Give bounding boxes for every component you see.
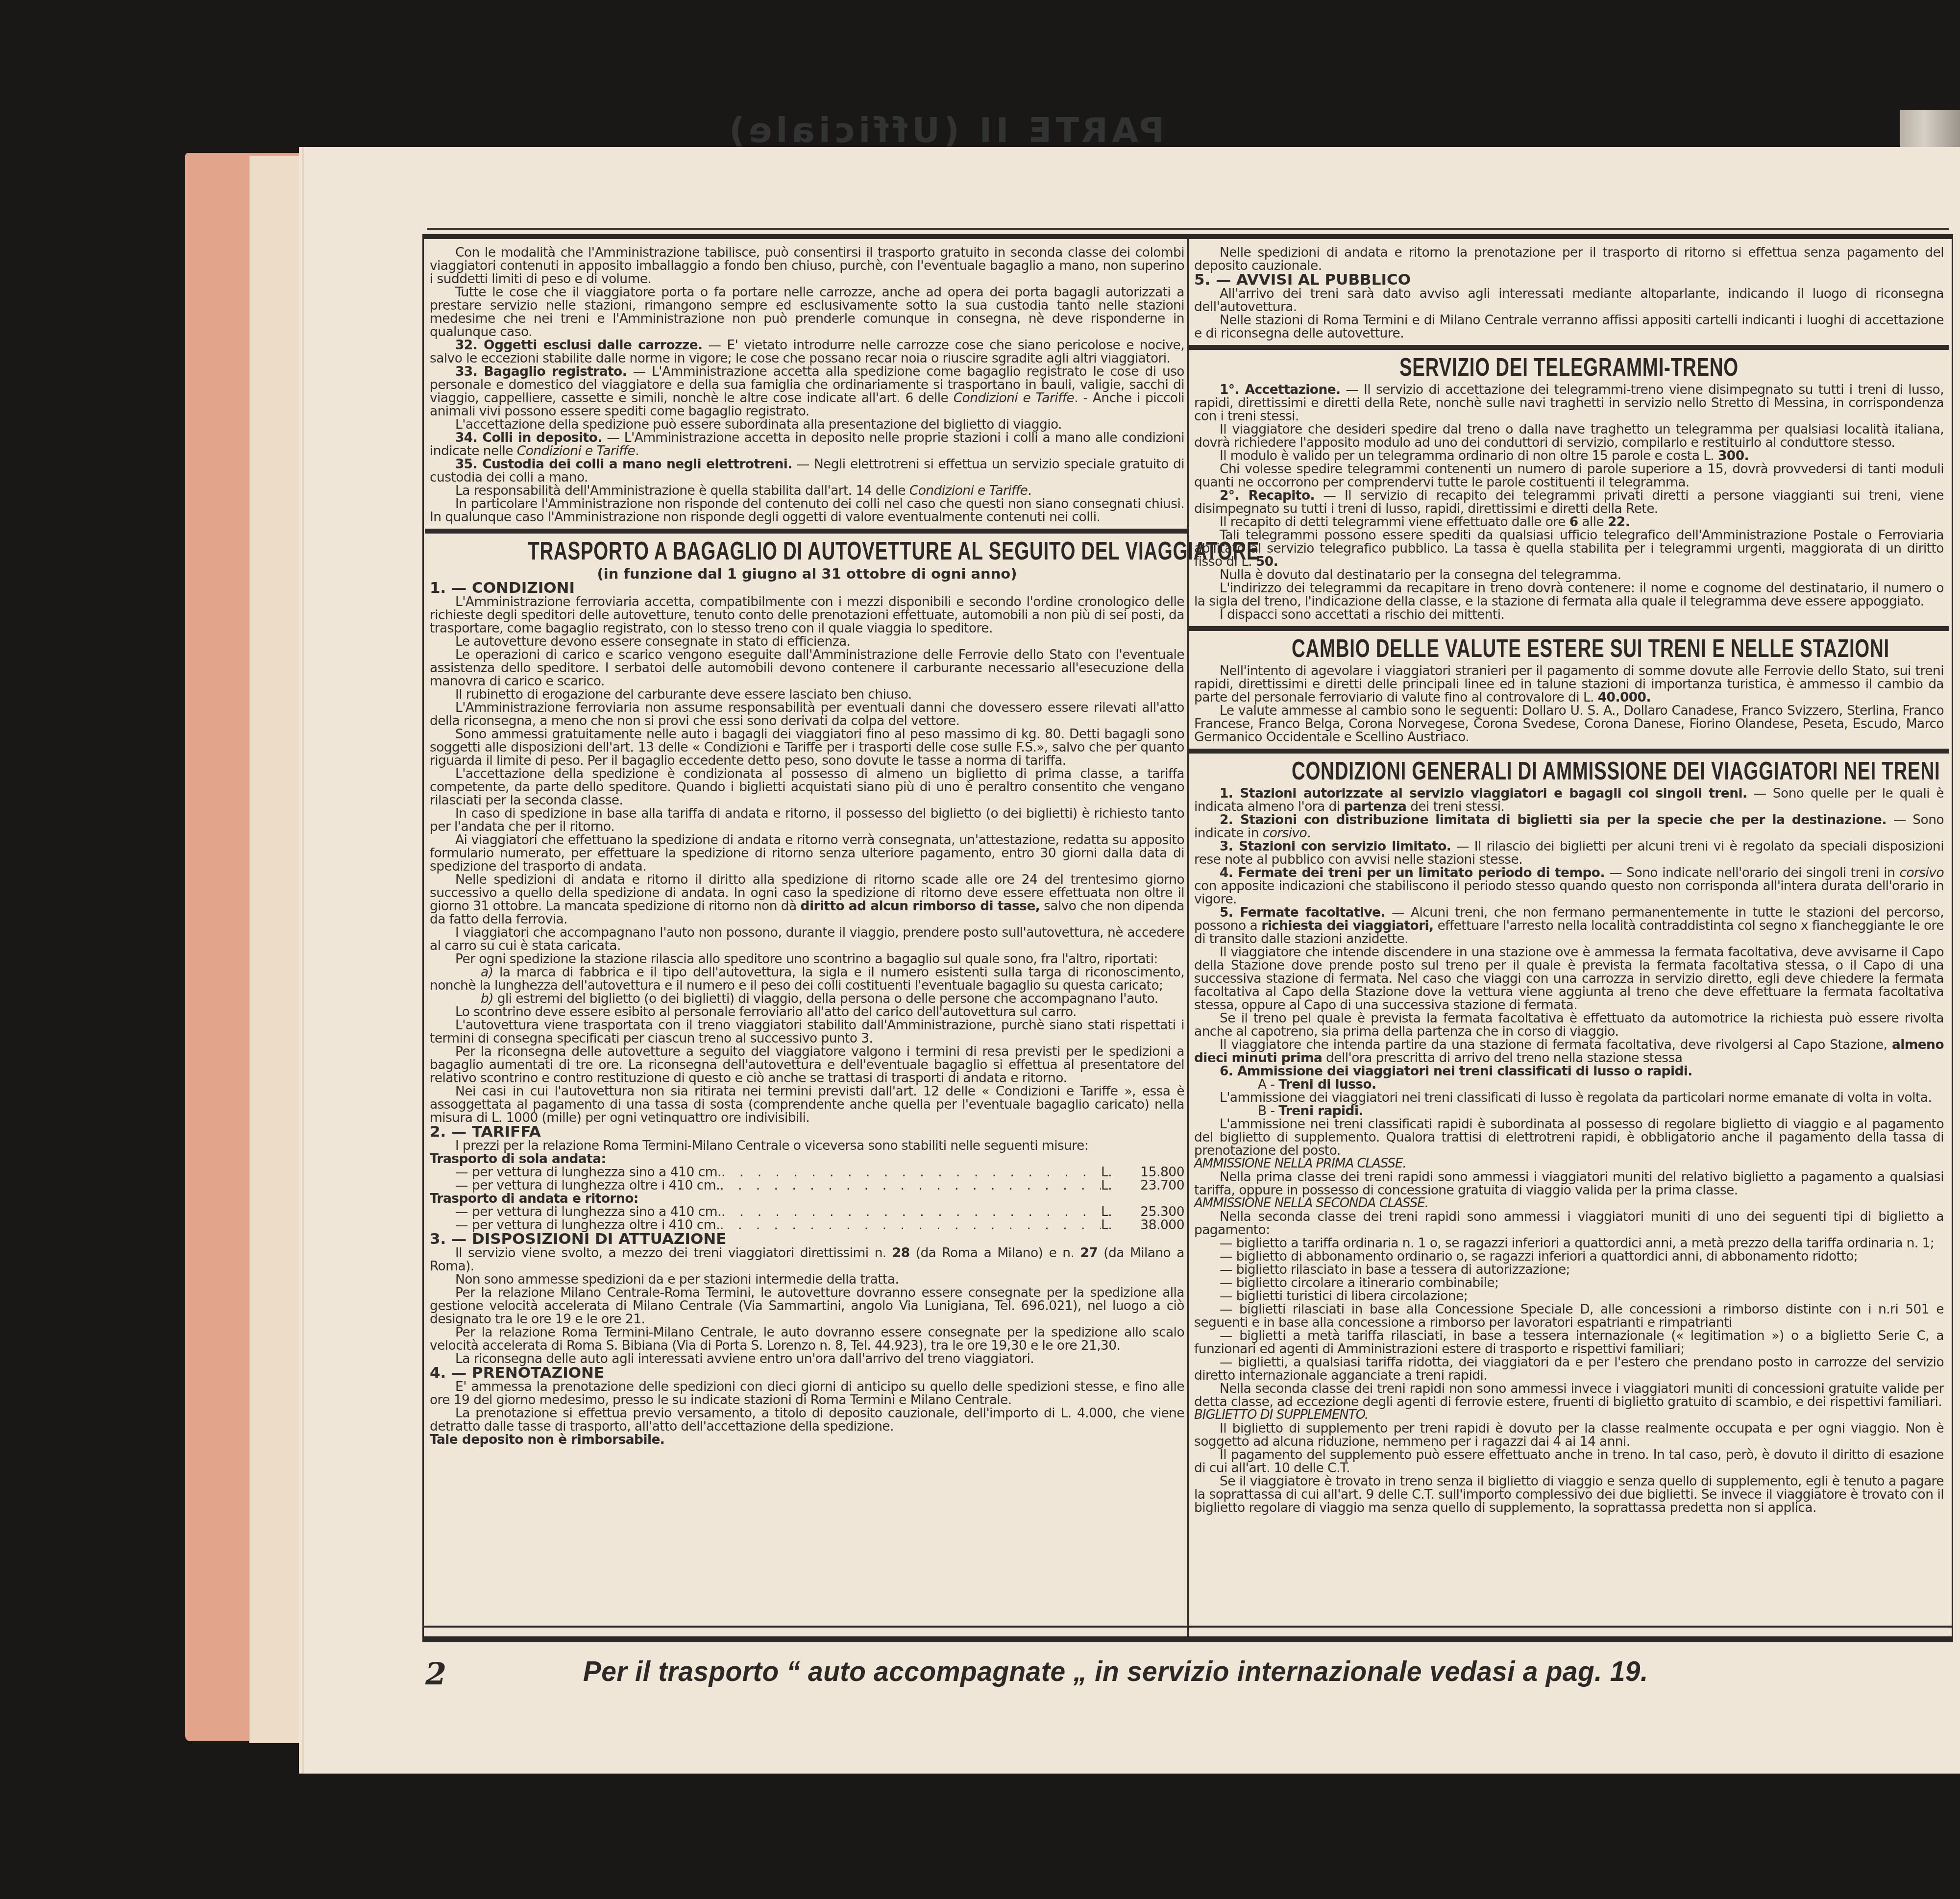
paragraph: Nella seconda classe dei treni rapidi no… <box>1194 1382 1944 1409</box>
page-number: 2 <box>425 1656 446 1692</box>
paragraph: E' ammessa la prenotazione delle spedizi… <box>430 1380 1184 1407</box>
tariff-group-title: Trasporto di andata e ritorno: <box>430 1192 1184 1205</box>
left-column: Con le modalità che l'Amministrazione ta… <box>430 239 1184 1640</box>
paragraph: I dispacci sono accettati a rischio dei … <box>1194 608 1944 621</box>
subheading-rapidi: B - Treni rapidi. <box>1194 1104 1944 1118</box>
paragraph: Nelle stazioni di Roma Termini e di Mila… <box>1194 314 1944 340</box>
right-column: Nelle spedizioni di andata e ritorno la … <box>1194 239 1944 1640</box>
paragraph-bold: Tale deposito non è rimborsabile. <box>430 1433 1184 1446</box>
paragraph: All'arrivo dei treni sarà dato avviso ag… <box>1194 287 1944 314</box>
paragraph: Se il treno pel quale è prevista la ferm… <box>1194 1012 1944 1038</box>
list-item: a) la marca di fabbrica e il tipo dell'a… <box>430 966 1184 992</box>
paragraph: Per ogni spedizione la stazione rilascia… <box>430 952 1184 966</box>
paragraph: Se il viaggiatore è trovato in treno sen… <box>1194 1475 1944 1514</box>
section-title-telegrammi: SERVIZIO DEI TELEGRAMMI-TRENO <box>1292 354 1846 381</box>
paragraph: Nella seconda classe dei treni rapidi so… <box>1194 1210 1944 1237</box>
section-rule <box>1189 626 1949 631</box>
paragraph: I viaggiatori che accompagnano l'auto no… <box>430 926 1184 952</box>
footer-note: Per il trasporto “ auto accompagnate „ i… <box>583 1655 1648 1688</box>
article-35: 35. Custodia dei colli a mano negli elet… <box>430 458 1184 484</box>
paragraph: Il viaggiatore che intende discendere in… <box>1194 946 1944 1012</box>
paragraph: Nulla è dovuto dal destinatario per la c… <box>1194 568 1944 582</box>
paragraph: La riconsegna delle auto agli interessat… <box>430 1352 1184 1365</box>
paragraph: L'ammissione nei treni classificati rapi… <box>1194 1118 1944 1157</box>
paragraph: Sono ammessi gratuitamente nelle auto i … <box>430 728 1184 767</box>
paragraph: L'accettazione della spedizione può esse… <box>430 418 1184 431</box>
section-title-cambio: CAMBIO DELLE VALUTE ESTERE SUI TRENI E N… <box>1292 635 1846 662</box>
list-item: — biglietti turistici di libera circolaz… <box>1194 1290 1944 1303</box>
bleed-through-heading: PARTE II (Ufficiale) <box>725 110 1164 150</box>
paragraph: 2°. Recapito. — Il servizio di recapito … <box>1194 489 1944 515</box>
list-item: — biglietto circolare a itinerario combi… <box>1194 1276 1944 1290</box>
heading-condizioni: 1. — CONDIZIONI <box>430 581 1184 595</box>
tariff-row: — per vettura di lunghezza oltre i 410 c… <box>430 1179 1184 1192</box>
paragraph: Non sono ammesse spedizioni da e per sta… <box>430 1273 1184 1286</box>
paragraph: Il biglietto di supplemento per treni ra… <box>1194 1422 1944 1448</box>
paragraph: Con le modalità che l'Amministrazione ta… <box>430 246 1184 286</box>
paragraph: L'Amministrazione ferroviaria accetta, c… <box>430 595 1184 635</box>
paragraph: L'accettazione della spedizione è condiz… <box>430 767 1184 807</box>
paragraph: Il viaggiatore che intenda partire da un… <box>1194 1038 1944 1065</box>
paragraph: Per la riconsegna delle autovetture a se… <box>430 1045 1184 1085</box>
list-item: — biglietti, a qualsiasi tariffa ridotta… <box>1194 1356 1944 1382</box>
article-34: 34. Colli in deposito. — L'Amministrazio… <box>430 431 1184 458</box>
paragraph: Le operazioni di carico e scarico vengon… <box>430 648 1184 688</box>
paragraph: I prezzi per la relazione Roma Termini-M… <box>430 1139 1184 1152</box>
content-frame: Con le modalità che l'Amministrazione ta… <box>422 234 1953 1642</box>
section-rule <box>425 529 1189 534</box>
subheading-prima-classe: AMMISSIONE NELLA PRIMA CLASSE. <box>1194 1157 1944 1170</box>
section-subtitle: (in funzione dal 1 giugno al 31 ottobre … <box>430 567 1184 581</box>
paragraph: Tali telegrammi possono essere spediti d… <box>1194 529 1944 568</box>
paragraph: L'Amministrazione ferroviaria non assume… <box>430 701 1184 728</box>
paragraph: Il modulo è valido per un telegramma ord… <box>1194 449 1944 463</box>
admission-item-5: 5. Fermate facoltative. — Alcuni treni, … <box>1194 906 1944 946</box>
paragraph: Il rubinetto di erogazione del carburant… <box>430 688 1184 701</box>
tariff-group-andata: Trasporto di sola andata: — per vettura … <box>430 1152 1184 1192</box>
admission-item-2: 2. Stazioni con distribuzione limitata d… <box>1194 813 1944 840</box>
heading-prenotazione: 4. — PRENOTAZIONE <box>430 1365 1184 1380</box>
admission-item-4: 4. Fermate dei treni per un limitato per… <box>1194 866 1944 906</box>
paragraph: Nella prima classe dei treni rapidi sono… <box>1194 1170 1944 1197</box>
paragraph: Nelle spedizioni di andata e ritorno il … <box>430 873 1184 926</box>
paragraph: Le valute ammesse al cambio sono le segu… <box>1194 704 1944 744</box>
admission-item-1: 1. Stazioni autorizzate al servizio viag… <box>1194 787 1944 813</box>
paragraph: In caso di spedizione in base alla tarif… <box>430 807 1184 833</box>
subheading-seconda-classe: AMMISSIONE NELLA SECONDA CLASSE. <box>1194 1197 1944 1210</box>
section-rule <box>1189 749 1949 754</box>
paragraph: Lo scontrino deve essere esibito al pers… <box>430 1005 1184 1019</box>
section-title-ammissione: CONDIZIONI GENERALI DI AMMISSIONE DEI VI… <box>1292 757 1846 785</box>
paragraph: Il pagamento del supplemento può essere … <box>1194 1448 1944 1475</box>
paragraph: Le autovetture devono essere consegnate … <box>430 635 1184 648</box>
admission-item-3: 3. Stazioni con servizio limitato. — Il … <box>1194 840 1944 866</box>
paragraph: Il servizio viene svolto, a mezzo dei tr… <box>430 1246 1184 1273</box>
section-rule <box>1189 345 1949 350</box>
paragraph: In particolare l'Amministrazione non ris… <box>430 497 1184 524</box>
paragraph: Nei casi in cui l'autovettura non sia ri… <box>430 1085 1184 1124</box>
heading-avvisi: 5. — AVVISI AL PUBBLICO <box>1194 272 1944 287</box>
paragraph: Nelle spedizioni di andata e ritorno la … <box>1194 246 1944 272</box>
tariff-group-andata-ritorno: Trasporto di andata e ritorno: — per vet… <box>430 1192 1184 1232</box>
admission-item-6: 6. Ammissione dei viaggiatori nei treni … <box>1194 1065 1944 1078</box>
paragraph: Ai viaggiatori che effettuano la spedizi… <box>430 833 1184 873</box>
column-divider <box>1187 239 1189 1640</box>
paragraph: L'ammissione dei viaggiatori nei treni c… <box>1194 1091 1944 1104</box>
paragraph: L'autovettura viene trasportata con il t… <box>430 1019 1184 1045</box>
paragraph: Tutte le cose che il viaggiatore porta o… <box>430 286 1184 339</box>
section-title-auto: TRASPORTO A BAGAGLIO DI AUTOVETTURE AL S… <box>528 537 1086 565</box>
footer-rule-thin <box>422 1626 1953 1628</box>
tariff-row: — per vettura di lunghezza oltre i 410 c… <box>430 1218 1184 1232</box>
list-item: — biglietti a metà tariffa rilasciati, i… <box>1194 1329 1944 1356</box>
list-item: — biglietto a tariffa ordinaria n. 1 o, … <box>1194 1237 1944 1250</box>
list-item: — biglietto rilasciato in base a tessera… <box>1194 1263 1944 1276</box>
paragraph: Per la relazione Milano Centrale-Roma Te… <box>430 1286 1184 1326</box>
article-32: 32. Oggetti esclusi dalle carrozze. — E'… <box>430 339 1184 365</box>
list-item: b) gli estremi del biglietto (o dei bigl… <box>430 992 1184 1005</box>
paragraph: Chi volesse spedire telegrammi contenent… <box>1194 463 1944 489</box>
heading-disposizioni: 3. — DISPOSIZIONI DI ATTUAZIONE <box>430 1232 1184 1246</box>
paragraph: L'indirizzo dei telegrammi da recapitare… <box>1194 582 1944 608</box>
paragraph: Il recapito di detti telegrammi viene ef… <box>1194 515 1944 529</box>
paragraph: Per la relazione Roma Termini-Milano Cen… <box>430 1326 1184 1352</box>
paragraph: 1°. Accettazione. — Il servizio di accet… <box>1194 383 1944 423</box>
list-item: — biglietto di abbonamento ordinario o, … <box>1194 1250 1944 1263</box>
footer-rule <box>422 1636 1953 1642</box>
heading-tariffa: 2. — TARIFFA <box>430 1124 1184 1139</box>
list-item: — biglietti rilasciati in base alla Conc… <box>1194 1303 1944 1329</box>
paragraph: Il viaggiatore che desideri spedire dal … <box>1194 423 1944 449</box>
paragraph: Nell'intento di agevolare i viaggiatori … <box>1194 664 1944 704</box>
article-33: 33. Bagaglio registrato. — L'Amministraz… <box>430 365 1184 418</box>
tariff-group-title: Trasporto di sola andata: <box>430 1152 1184 1166</box>
tariff-row: — per vettura di lunghezza sino a 410 cm… <box>430 1166 1184 1179</box>
paragraph: La responsabilità dell'Amministrazione è… <box>430 484 1184 497</box>
subheading-lusso: A - Treni di lusso. <box>1194 1078 1944 1091</box>
subheading-supplemento: BIGLIETTO DI SUPPLEMENTO. <box>1194 1409 1944 1422</box>
tariff-row: — per vettura di lunghezza sino a 410 cm… <box>430 1205 1184 1218</box>
paragraph: La prenotazione si effettua previo versa… <box>430 1407 1184 1433</box>
